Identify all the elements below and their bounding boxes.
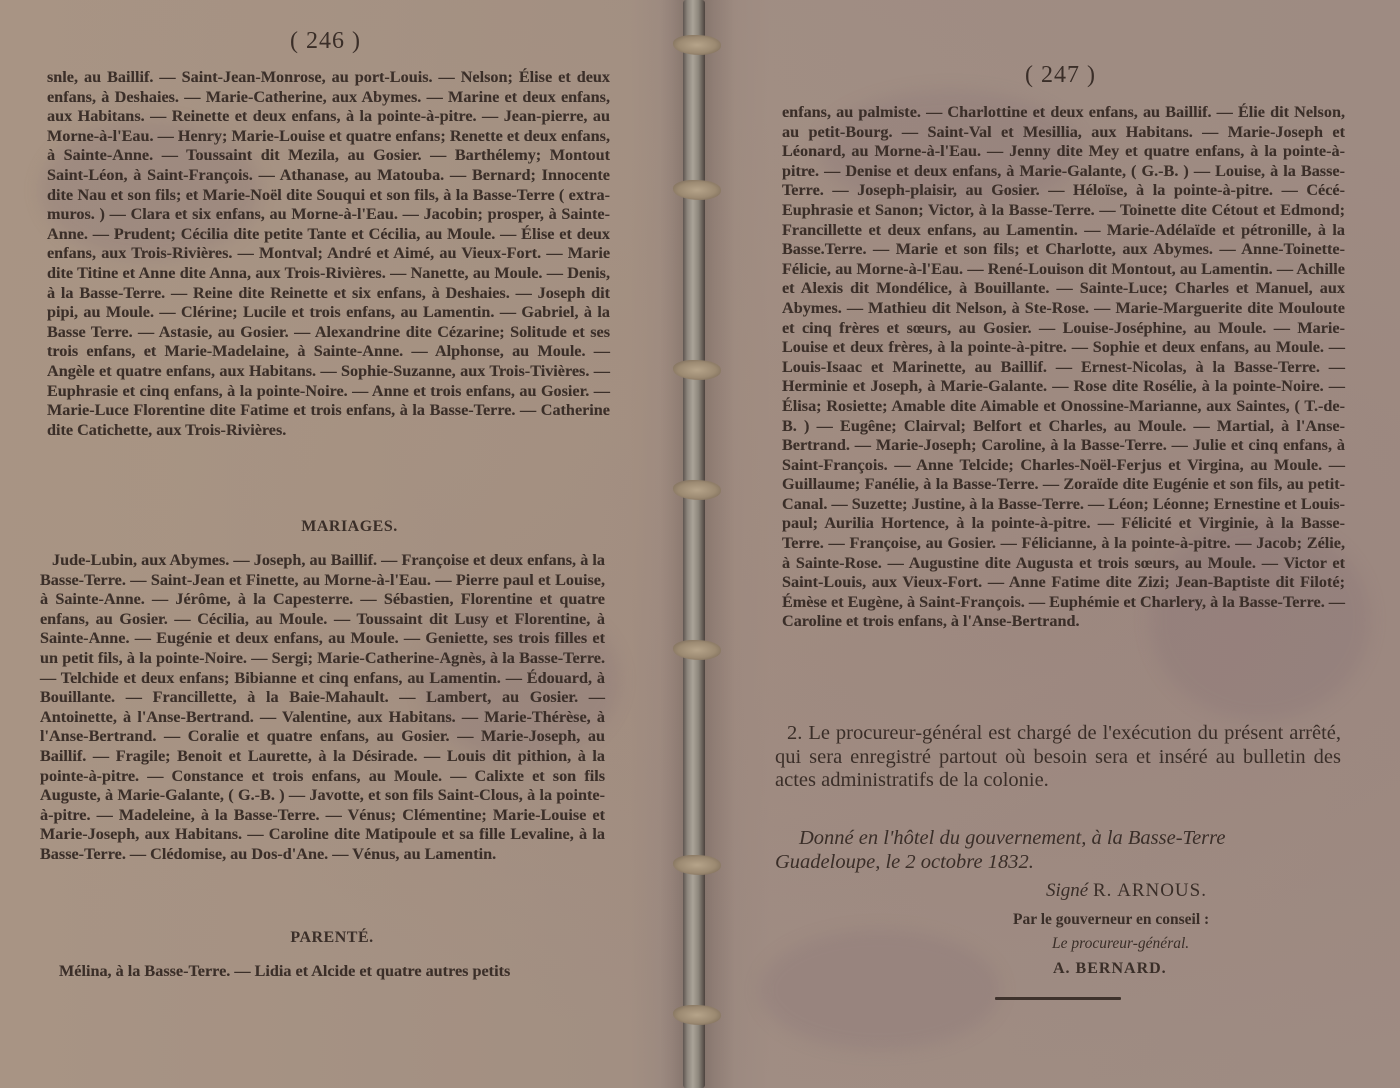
continued-list-text: enfans, au palmiste. — Charlottine et de… [782,103,1345,632]
signatory-name: A. BERNARD. [1053,960,1167,978]
mariages-list-text: Jude-Lubin, aux Abymes. — Joseph, au Bai… [40,551,605,865]
section-heading-mariages: MARIAGES. [47,518,652,536]
parente-list-text: Mélina, à la Basse-Terre. — Lidia et Alc… [47,962,602,982]
signature-governor: Signé R. ARNOUS. [1046,880,1207,902]
mariages-section-body: Jude-Lubin, aux Abymes. — Joseph, au Bai… [40,551,605,865]
article-2-text: 2. Le procureur-général est chargé de l'… [775,722,1341,793]
given-at-line-1: Donné en l'hôtel du gouvernement, à la B… [775,826,1341,850]
given-at-line-2: Guadeloupe, le 2 octobre 1832. [775,850,1341,874]
right-page-body: enfans, au palmiste. — Charlottine et de… [782,103,1345,632]
book-spread: ( 246 ) snle, au Baillif. — Saint-Jean-M… [0,0,1400,1088]
right-page-number: ( 247 ) [1025,62,1096,89]
signatory-role: Le procureur-général. [1052,935,1189,953]
section-heading-parente: PARENTÉ. [47,929,617,947]
parente-section-body: Mélina, à la Basse-Terre. — Lidia et Alc… [47,962,602,982]
article-2: 2. Le procureur-général est chargé de l'… [775,722,1341,793]
by-council-line: Par le gouverneur en conseil : [1013,911,1209,929]
given-at-clause: Donné en l'hôtel du gouvernement, à la B… [775,826,1341,874]
signed-label: Signé [1046,880,1088,901]
left-page-number: ( 246 ) [290,28,361,55]
signed-name: R. ARNOUS. [1093,880,1207,901]
continued-list-text: snle, au Baillif. — Saint-Jean-Monrose, … [47,68,610,440]
binding-spine [683,0,705,1088]
left-page-body: snle, au Baillif. — Saint-Jean-Monrose, … [47,68,610,440]
closing-rule [995,997,1121,1000]
